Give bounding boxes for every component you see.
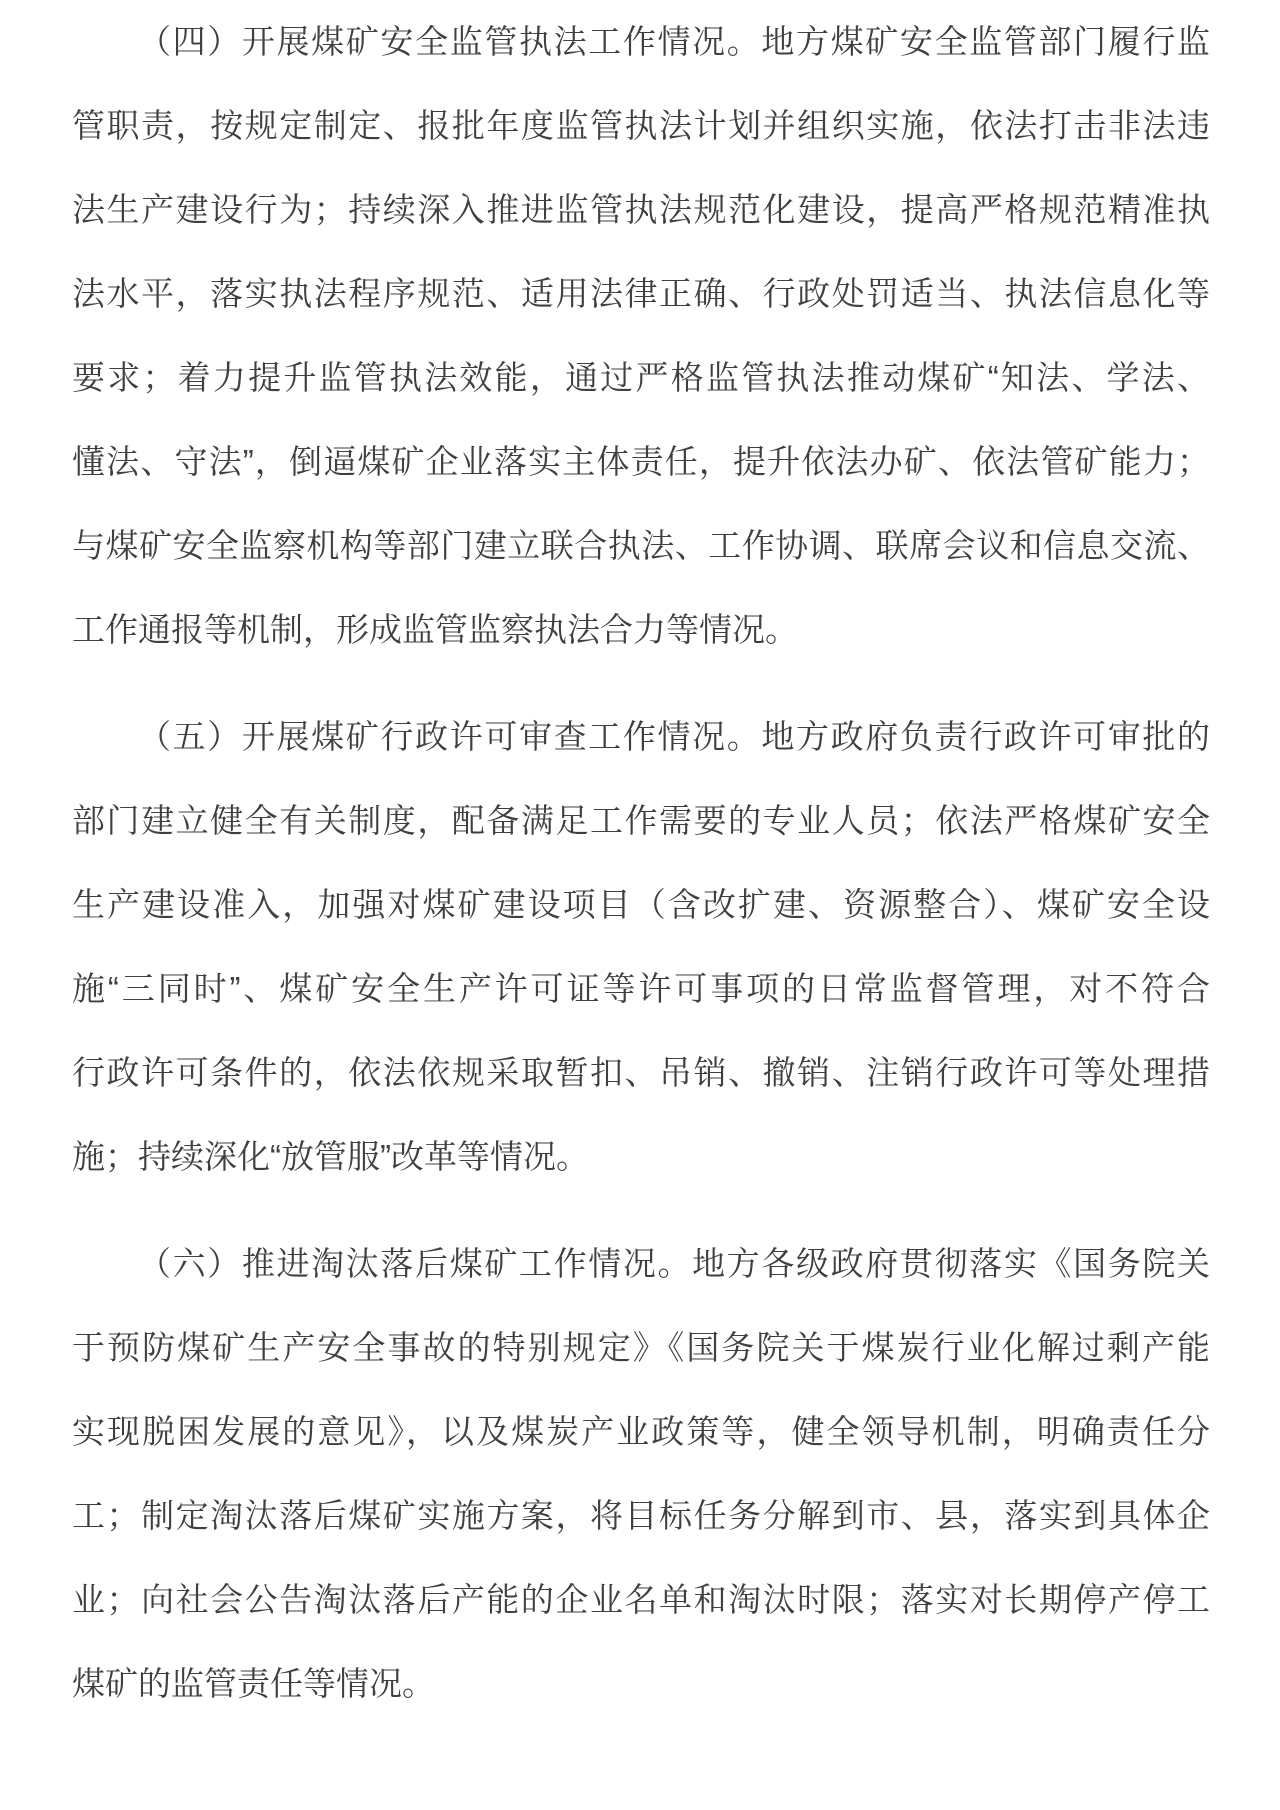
text-line: （五）开展煤矿行政许可审查工作情况。地方政府负责行政许可审批的 <box>72 695 1210 779</box>
text-line: （六）推进淘汰落后煤矿工作情况。地方各级政府贯彻落实《国务院关 <box>72 1222 1210 1306</box>
text-line: 法生产建设行为；持续深入推进监管执法规范化建设，提高严格规范精准执 <box>72 168 1210 252</box>
text-line: 业；向社会公告淘汰落后产能的企业名单和淘汰时限；落实对长期停产停工 <box>72 1558 1210 1642</box>
text-line: 法水平，落实执法程序规范、适用法律正确、行政处罚适当、执法信息化等 <box>72 252 1210 336</box>
text-line: 施“三同时”、煤矿安全生产许可证等许可事项的日常监督管理，对不符合 <box>72 947 1210 1031</box>
text-line: 于预防煤矿生产安全事故的特别规定》《国务院关于煤炭行业化解过剩产能 <box>72 1306 1210 1390</box>
paragraph-6: （六）推进淘汰落后煤矿工作情况。地方各级政府贯彻落实《国务院关 于预防煤矿生产安… <box>72 1222 1210 1726</box>
text-line: 部门建立健全有关制度，配备满足工作需要的专业人员；依法严格煤矿安全 <box>72 779 1210 863</box>
text-line: 煤矿的监管责任等情况。 <box>72 1642 1210 1726</box>
text-line: 工作通报等机制，形成监管监察执法合力等情况。 <box>72 588 1210 672</box>
text-line: （四）开展煤矿安全监管执法工作情况。地方煤矿安全监管部门履行监 <box>72 0 1210 84</box>
text-line: 要求；着力提升监管执法效能，通过严格监管执法推动煤矿“知法、学法、 <box>72 336 1210 420</box>
document-page: （四）开展煤矿安全监管执法工作情况。地方煤矿安全监管部门履行监 管职责，按规定制… <box>0 0 1280 1810</box>
text-line: 生产建设准入，加强对煤矿建设项目（含改扩建、资源整合）、煤矿安全设 <box>72 863 1210 947</box>
text-line: 与煤矿安全监察机构等部门建立联合执法、工作协调、联席会议和信息交流、 <box>72 504 1210 588</box>
text-line: 管职责，按规定制定、报批年度监管执法计划并组织实施，依法打击非法违 <box>72 84 1210 168</box>
text-line: 懂法、守法”，倒逼煤矿企业落实主体责任，提升依法办矿、依法管矿能力； <box>72 420 1210 504</box>
paragraph-5: （五）开展煤矿行政许可审查工作情况。地方政府负责行政许可审批的 部门建立健全有关… <box>72 695 1210 1199</box>
text-line: 工；制定淘汰落后煤矿实施方案，将目标任务分解到市、县，落实到具体企 <box>72 1474 1210 1558</box>
paragraph-4: （四）开展煤矿安全监管执法工作情况。地方煤矿安全监管部门履行监 管职责，按规定制… <box>72 0 1210 672</box>
text-line: 实现脱困发展的意见》，以及煤炭产业政策等，健全领导机制，明确责任分 <box>72 1390 1210 1474</box>
text-line: 施；持续深化“放管服”改革等情况。 <box>72 1115 1210 1199</box>
text-line: 行政许可条件的，依法依规采取暂扣、吊销、撤销、注销行政许可等处理措 <box>72 1031 1210 1115</box>
